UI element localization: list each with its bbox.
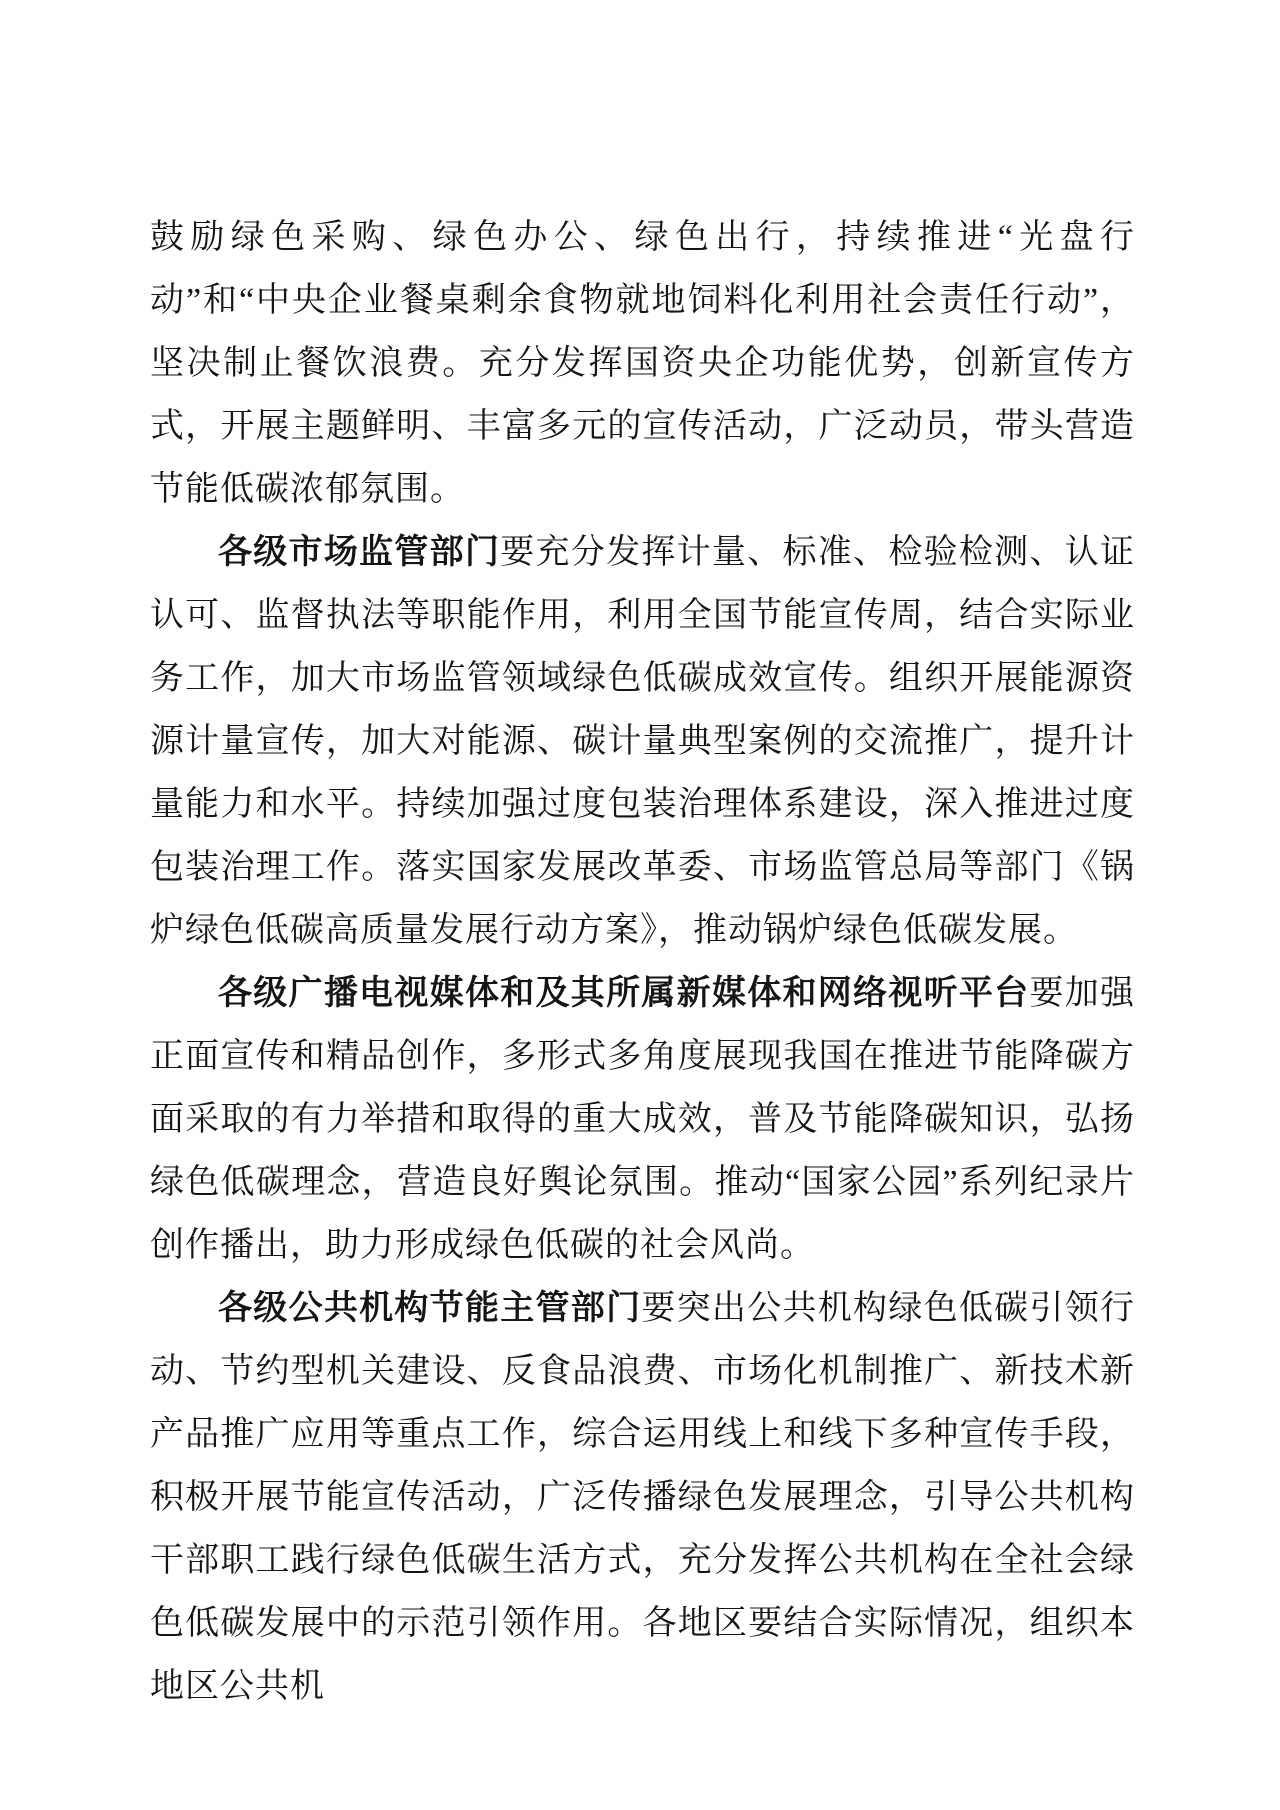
paragraph-body: 要充分发挥计量、标准、检验检测、认证认可、监督执法等职能作用，利用全国节能宣传周…: [150, 534, 1135, 949]
paragraph: 鼓励绿色采购、绿色办公、绿色出行，持续推进“光盘行动”和“中央企业餐桌剩余食物就…: [150, 206, 1135, 521]
paragraph-lead: 各级公共机构节能主管部门: [218, 1289, 641, 1327]
paragraph: 各级公共机构节能主管部门要突出公共机构绿色低碳引领行动、节约型机关建设、反食品浪…: [150, 1277, 1135, 1718]
paragraph-body: 要突出公共机构绿色低碳引领行动、节约型机关建设、反食品浪费、市场化机制推广、新技…: [150, 1290, 1135, 1705]
page-text-block: 鼓励绿色采购、绿色办公、绿色出行，持续推进“光盘行动”和“中央企业餐桌剩余食物就…: [150, 206, 1135, 1718]
paragraph: 各级广播电视媒体和及其所属新媒体和网络视听平台要加强正面宣传和精品创作，多形式多…: [150, 962, 1135, 1277]
paragraph-lead: 各级市场监管部门: [218, 533, 500, 571]
paragraph-body: 鼓励绿色采购、绿色办公、绿色出行，持续推进“光盘行动”和“中央企业餐桌剩余食物就…: [150, 219, 1135, 508]
paragraph-lead: 各级广播电视媒体和及其所属新媒体和网络视听平台: [218, 974, 1029, 1012]
paragraph: 各级市场监管部门要充分发挥计量、标准、检验检测、认证认可、监督执法等职能作用，利…: [150, 521, 1135, 962]
document-page: 鼓励绿色采购、绿色办公、绿色出行，持续推进“光盘行动”和“中央企业餐桌剩余食物就…: [0, 0, 1280, 1810]
paragraph-body: 要加强正面宣传和精品创作，多形式多角度展现我国在推进节能降碳方面采取的有力举措和…: [150, 975, 1135, 1264]
